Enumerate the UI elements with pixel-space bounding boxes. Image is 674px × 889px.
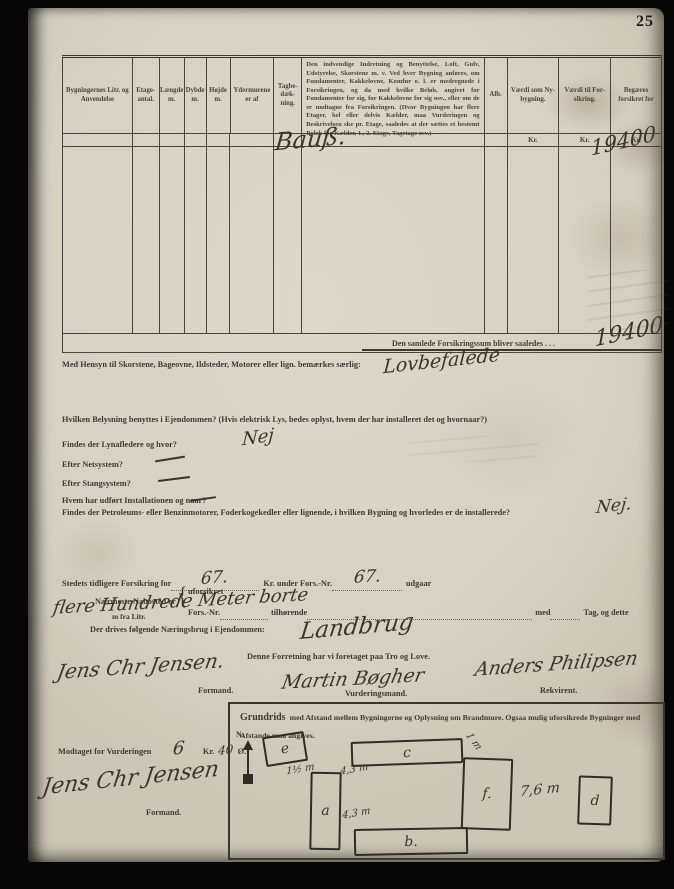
col-header-description: Den indvendige Indretning og Benyttelse,… <box>302 58 484 133</box>
col-header-length: Længde m. <box>160 58 185 133</box>
lighting-question: Hvilken Belysning benyttes i Ejendommen?… <box>62 415 487 424</box>
previous-insurance-label-before: Stedets tidligere Forsikring for <box>62 579 171 588</box>
payment-signature-title: Formand. <box>146 808 181 817</box>
north-arrow-icon <box>240 740 256 786</box>
building-a-label: a <box>321 803 330 819</box>
chairman-title: Formand. <box>198 686 233 695</box>
net-system-question: Efter Netsystem? <box>62 460 123 469</box>
building-b-label: b. <box>404 833 418 849</box>
building-e: e <box>262 731 308 767</box>
distance-a-to-b: 4,3 m <box>342 805 370 821</box>
payment-label: Modtaget for Vurderingen <box>58 747 151 756</box>
building-a: a <box>309 772 341 851</box>
distance-f-to-d: 7,6 m <box>520 780 561 800</box>
building-c-label: c <box>403 744 411 760</box>
col-header-value-insured: Værdi til For­sikring. <box>559 58 611 133</box>
handwritten-previous-amount: 67. <box>200 567 229 589</box>
table-header-row: Bygninger­nes Litr. og Anvendelse Etage­… <box>63 58 661 134</box>
handwritten-dash-answer <box>155 456 185 463</box>
distance-a-to-c: 4,3 m <box>340 761 368 777</box>
business-label: Der drives følgende Næringsbrug i Ejendo… <box>90 625 265 634</box>
north-label: N. <box>236 730 244 739</box>
neighbor-roof-and-this: Tag, og dette <box>583 608 628 617</box>
handwritten-lightning-rods-answer: Nej <box>241 425 274 451</box>
handwritten-payment-amount: 6 <box>172 737 186 759</box>
neighbor-belonging: tilhørende <box>271 608 307 617</box>
col-header-height: Højde m. <box>207 58 231 133</box>
policy-field <box>220 610 268 620</box>
site-plan-box: Grundrids med Afstand mellem Bygningerne… <box>228 702 665 860</box>
installer-question: Hvem har udført Installationen og naar? <box>62 496 206 505</box>
signature-requester: Anders Philipsen <box>473 647 639 681</box>
payment-currency: Kr. <box>203 747 214 756</box>
chimneys-label: Med Hensyn til Skorstene, Bageovne, Ilds… <box>62 360 361 369</box>
policy-number-field: 67. <box>332 581 402 591</box>
lightning-rods-question: Findes der Lynafledere og hvor? <box>62 440 177 449</box>
handwritten-engines-answer: Nej. <box>595 494 633 518</box>
ink-bleed-mark <box>408 436 538 462</box>
form-page: 25 Bygninger­nes Litr. og Anvendelse Eta… <box>28 8 664 862</box>
neighbor-with: med <box>535 608 550 617</box>
building-b: b. <box>354 827 468 856</box>
building-d-label: d <box>590 792 600 808</box>
col-header-roof: Tag­be­dæk­ning. <box>274 58 302 133</box>
engines-question: Findes der Petroleums- eller Benzinmotor… <box>62 508 602 517</box>
page-number: 25 <box>636 13 654 31</box>
currency-subheader-row: Kr. Kr. Kr. <box>63 134 661 147</box>
building-f: f. <box>461 757 513 831</box>
valuation-table: Bygninger­nes Litr. og Anvendelse Etage­… <box>62 55 662 353</box>
building-f-label: f. <box>482 786 492 802</box>
table-body-row <box>63 147 661 333</box>
scanned-form-photo: 25 Bygninger­nes Litr. og Anvendelse Eta… <box>0 0 674 889</box>
handwritten-policy-number: 67. <box>353 566 382 588</box>
col-header-value-new: Værdi som Ny­bygning. <box>508 58 560 133</box>
col-header-depth: Dybde m. <box>185 58 207 133</box>
building-d: d <box>577 775 613 825</box>
col-header-building: Bygninger­nes Litr. og Anvendelse <box>63 58 133 133</box>
signature-chairman: Jens Chr Jensen. <box>55 648 226 684</box>
col-header-floors: Etage­antal. <box>133 58 160 133</box>
currency-label: Kr. <box>508 134 560 146</box>
sum-underline <box>362 349 662 351</box>
assessor-title: Vurderingsmand. <box>345 689 407 698</box>
site-plan-title: Grundrids <box>240 712 286 723</box>
previous-insurance-label-after: udgaar <box>406 579 431 588</box>
pole-system-question: Efter Stangsystem? <box>62 479 131 488</box>
col-header-walls: Yder­murene er af <box>231 58 275 133</box>
signature-payment: Jens Chr Jensen <box>41 756 221 800</box>
ink-bleed-mark <box>588 270 668 330</box>
attestation-statement: Denne Forretning har vi foretaget paa Tr… <box>247 652 430 661</box>
requester-title: Rekvirent. <box>540 686 577 695</box>
building-e-label: e <box>280 740 291 757</box>
col-header-alb: Alb. <box>485 58 508 133</box>
roof-field <box>550 610 580 620</box>
handwritten-dash-answer <box>158 476 190 482</box>
